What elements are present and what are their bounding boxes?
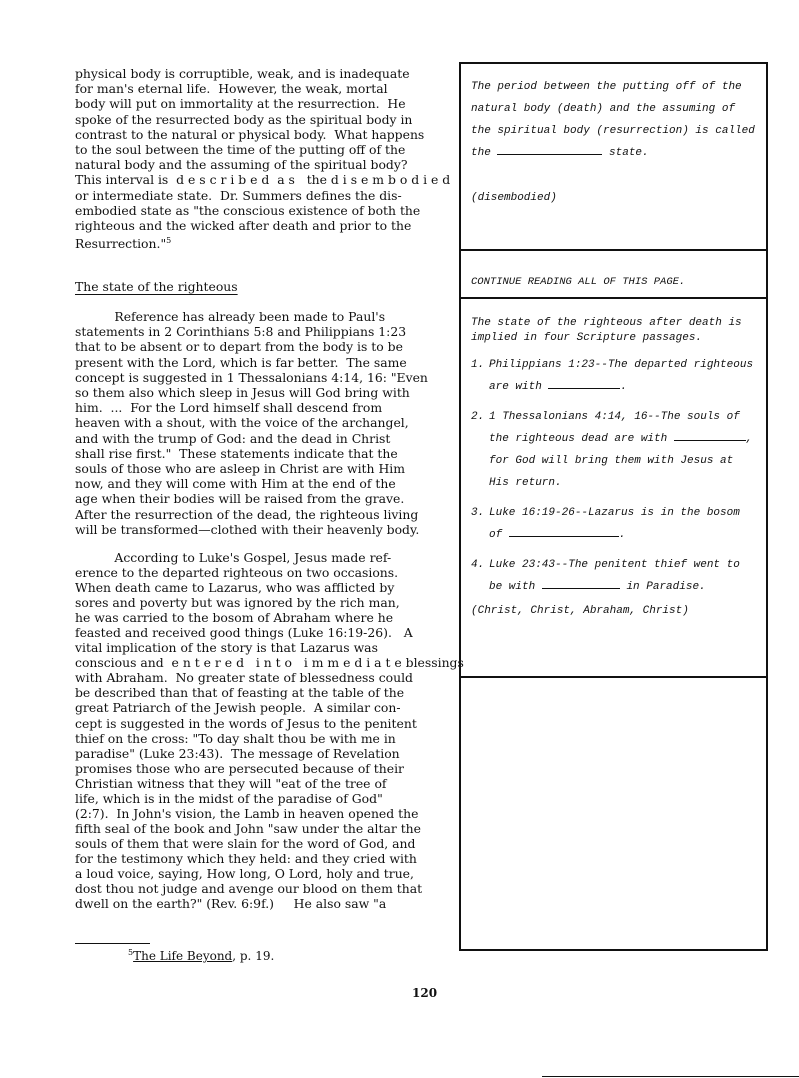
text-line: and with the trump of God: and the dead … [75,431,463,446]
intro-paragraph: physical body is corruptible, weak, and … [75,66,463,252]
frame-3-intro: The state of the righteous after death i… [471,316,761,346]
section-heading: The state of the righteous [75,279,238,294]
text-line: dwell on the earth?" (Rev. 6:9f.) He als… [75,896,463,911]
frame-1-line: The period between the putting off of th… [471,76,755,98]
item-text: Philippians 1:23--The departed righteous [489,354,761,376]
text-line: with Abraham. No greater state of blesse… [75,670,463,685]
item-number: 1. [471,354,484,376]
item-number: 3. [471,502,484,524]
text-line: concept is suggested in 1 Thessalonians … [75,370,463,385]
text-line: vital implication of the story is that L… [75,640,463,655]
frame-1-blank[interactable] [497,142,602,155]
text-line: him. ... For the Lord himself shall desc… [75,400,463,415]
footnote-reference: 5 [166,236,171,245]
text-line: promises those who are persecuted becaus… [75,761,463,776]
frame-1-answer: (disembodied) [471,192,557,204]
frame-3-items: 1. Philippians 1:23--The departed righte… [471,354,761,606]
item-blank[interactable] [548,376,620,389]
item-text: in Paradise. [626,581,705,593]
frame-1-line: natural body (death) and the assuming of [471,98,755,120]
text-line: (2:7). In John's vision, the Lamb in hea… [75,806,463,821]
page-number: 120 [412,986,437,1000]
frame-1-question: The period between the putting off of th… [471,76,755,164]
text-line: heaven with a shout, with the voice of t… [75,415,463,430]
text-line: cept is suggested in the words of Jesus … [75,716,463,731]
text-line: for the testimony which they held: and t… [75,851,463,866]
frame-3-answer: (Christ, Christ, Abraham, Christ) [471,605,689,617]
text-line: statements in 2 Corinthians 5:8 and Phil… [75,324,463,339]
text-line: According to Luke's Gospel, Jesus made r… [75,550,463,565]
item-text: . [620,381,627,393]
item-blank[interactable] [542,576,620,589]
text-line: Resurrection."5 [75,233,463,251]
item-text: of [489,529,502,541]
text-line: be described than that of feasting at th… [75,685,463,700]
text-line: conscious and e n t e r e d i n t o i m … [75,655,463,670]
footnote-citation: , p. 19. [232,949,274,963]
item-text: , [746,433,753,445]
text-line: for man's eternal life. However, the wea… [75,81,463,96]
text-line: physical body is corruptible, weak, and … [75,66,463,81]
item-text: for God will bring them with Jesus at Hi… [489,450,739,494]
item-text: Luke 16:19-26--Lazarus is in the bosom [489,502,761,524]
item-blank[interactable] [674,428,746,441]
frame-divider [461,676,766,678]
text-line: a loud voice, saying, How long, O Lord, … [75,866,463,881]
text-line: After the resurrection of the dead, the … [75,507,463,522]
frame-3-item: 3. Luke 16:19-26--Lazarus is in the boso… [471,502,761,546]
text-line: paradise" (Luke 23:43). The message of R… [75,746,463,761]
text-line: natural body and the assuming of the spi… [75,157,463,172]
text-line: thief on the cross: "To day shalt thou b… [75,731,463,746]
text-line: he was carried to the bosom of Abraham w… [75,610,463,625]
frame-3-intro-line: The state of the righteous after death i… [471,316,761,331]
text-line: body will put on immortality at the resu… [75,96,463,111]
text-line: shall rise first." These statements indi… [75,446,463,461]
text-line: to the soul between the time of the putt… [75,142,463,157]
text-line: so them also which sleep in Jesus will G… [75,385,463,400]
frame-divider [461,297,766,299]
item-number: 4. [471,554,484,576]
text-line: now, and they will come with Him at the … [75,476,463,491]
text-line: erence to the departed righteous on two … [75,565,463,580]
frame-1-line: the spiritual body (resurrection) is cal… [471,120,755,142]
text-line: feasted and received good things (Luke 1… [75,625,463,640]
text-line: sores and poverty but was ignored by the… [75,595,463,610]
text-line: present with the Lord, which is far bett… [75,355,463,370]
paragraph-righteous-reference: Reference has already been made to Paul'… [75,309,463,537]
item-text: the righteous dead are with [489,433,667,445]
text-line: great Patriarch of the Jewish people. A … [75,700,463,715]
frame-3-item: 4. Luke 23:43--The penitent thief went t… [471,554,761,598]
text-line: life, which is in the midst of the parad… [75,791,463,806]
frame-3-intro-line: implied in four Scripture passages. [471,331,761,346]
text-line: Christian witness that they will "eat of… [75,776,463,791]
frame-1-blank-prefix: the [471,147,491,159]
paragraph-lukes-gospel: According to Luke's Gospel, Jesus made r… [75,550,463,911]
frame-1-blank-suffix: state. [609,147,649,159]
item-text: . [619,529,626,541]
programmed-frames-box: The period between the putting off of th… [459,62,768,951]
text-line: age when their bodies will be raised fro… [75,491,463,506]
text-line: contrast to the natural or physical body… [75,127,463,142]
text-line: or intermediate state. Dr. Summers defin… [75,188,463,203]
item-number: 2. [471,406,484,428]
frame-2-instruction: CONTINUE READING ALL OF THIS PAGE. [471,276,685,288]
footnote: 5The Life Beyond, p. 19. [128,948,274,963]
item-blank[interactable] [509,524,619,537]
item-text: Luke 23:43--The penitent thief went to [489,554,761,576]
item-text: are with [489,381,542,393]
footnote-rule [75,943,150,944]
text-line: embodied state as "the conscious existen… [75,203,463,218]
text-line: dost thou not judge and avenge our blood… [75,881,463,896]
text-line: souls of them that were slain for the wo… [75,836,463,851]
text-line: This interval is d e s c r i b e d a s t… [75,172,463,187]
bottom-rule [542,1076,799,1077]
text-line: that to be absent or to depart from the … [75,339,463,354]
frame-3-item: 2. 1 Thessalonians 4:14, 16--The souls o… [471,406,761,494]
item-text: 1 Thessalonians 4:14, 16--The souls of [489,406,761,428]
text-line: Reference has already been made to Paul'… [75,309,463,324]
text-line: righteous and the wicked after death and… [75,218,463,233]
text-line: When death came to Lazarus, who was affl… [75,580,463,595]
footnote-title: The Life Beyond [133,949,232,963]
frame-3-item: 1. Philippians 1:23--The departed righte… [471,354,761,398]
text-line: souls of those who are asleep in Christ … [75,461,463,476]
frame-divider [461,249,766,251]
text-line: fifth seal of the book and John "saw und… [75,821,463,836]
text-line: will be transformed—clothed with their h… [75,522,463,537]
item-text: be with [489,581,535,593]
text-line: spoke of the resurrected body as the spi… [75,112,463,127]
